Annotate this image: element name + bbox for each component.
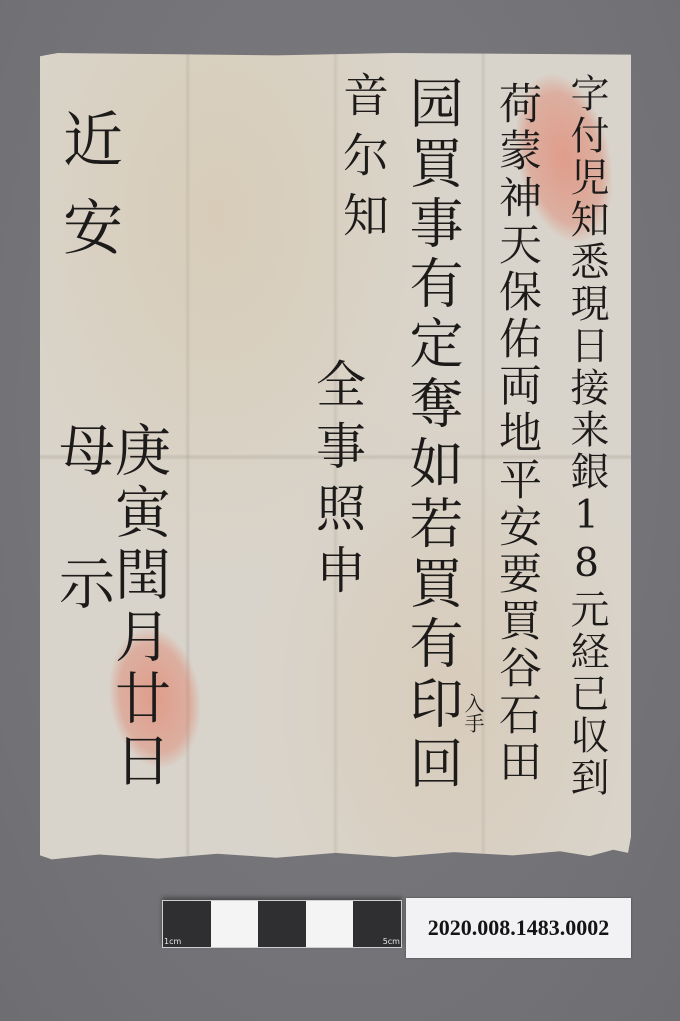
letter-column-3: 园買事有定奪如若買有印回 [405, 75, 459, 855]
scale-bar: 1cm 5cm [162, 900, 402, 948]
letter-column-4: 音尔知 [340, 71, 386, 251]
letter-column-6: 近安 [58, 108, 118, 284]
letter-column-1: 字付児知悉現日接来銀18元経已収到 [567, 73, 606, 853]
catalog-number: 2020.008.1483.0002 [428, 915, 610, 941]
scale-label-5cm: 5cm [383, 937, 400, 946]
scale-segment-4 [306, 901, 354, 947]
scale-segment-5: 5cm [353, 901, 401, 947]
letter-column-2: 荷蒙神天保佑両地平安要買谷石田 [495, 81, 538, 861]
letter-column-3-note: 入手 [463, 693, 483, 733]
letter-column-7-date-signature: 庚寅閏月廿日 母 示 [54, 421, 166, 841]
letter-paper: 字付児知悉現日接来銀18元経已収到 荷蒙神天保佑両地平安要買谷石田 园買事有定奪… [40, 53, 631, 861]
letter-column-5: 全事照申 [312, 358, 362, 606]
catalog-number-label: 2020.008.1483.0002 [406, 898, 631, 958]
scale-segment-2 [211, 901, 259, 947]
scale-segment-3 [258, 901, 306, 947]
scale-segment-1: 1cm [163, 901, 211, 947]
scale-label-1cm: 1cm [164, 937, 181, 946]
